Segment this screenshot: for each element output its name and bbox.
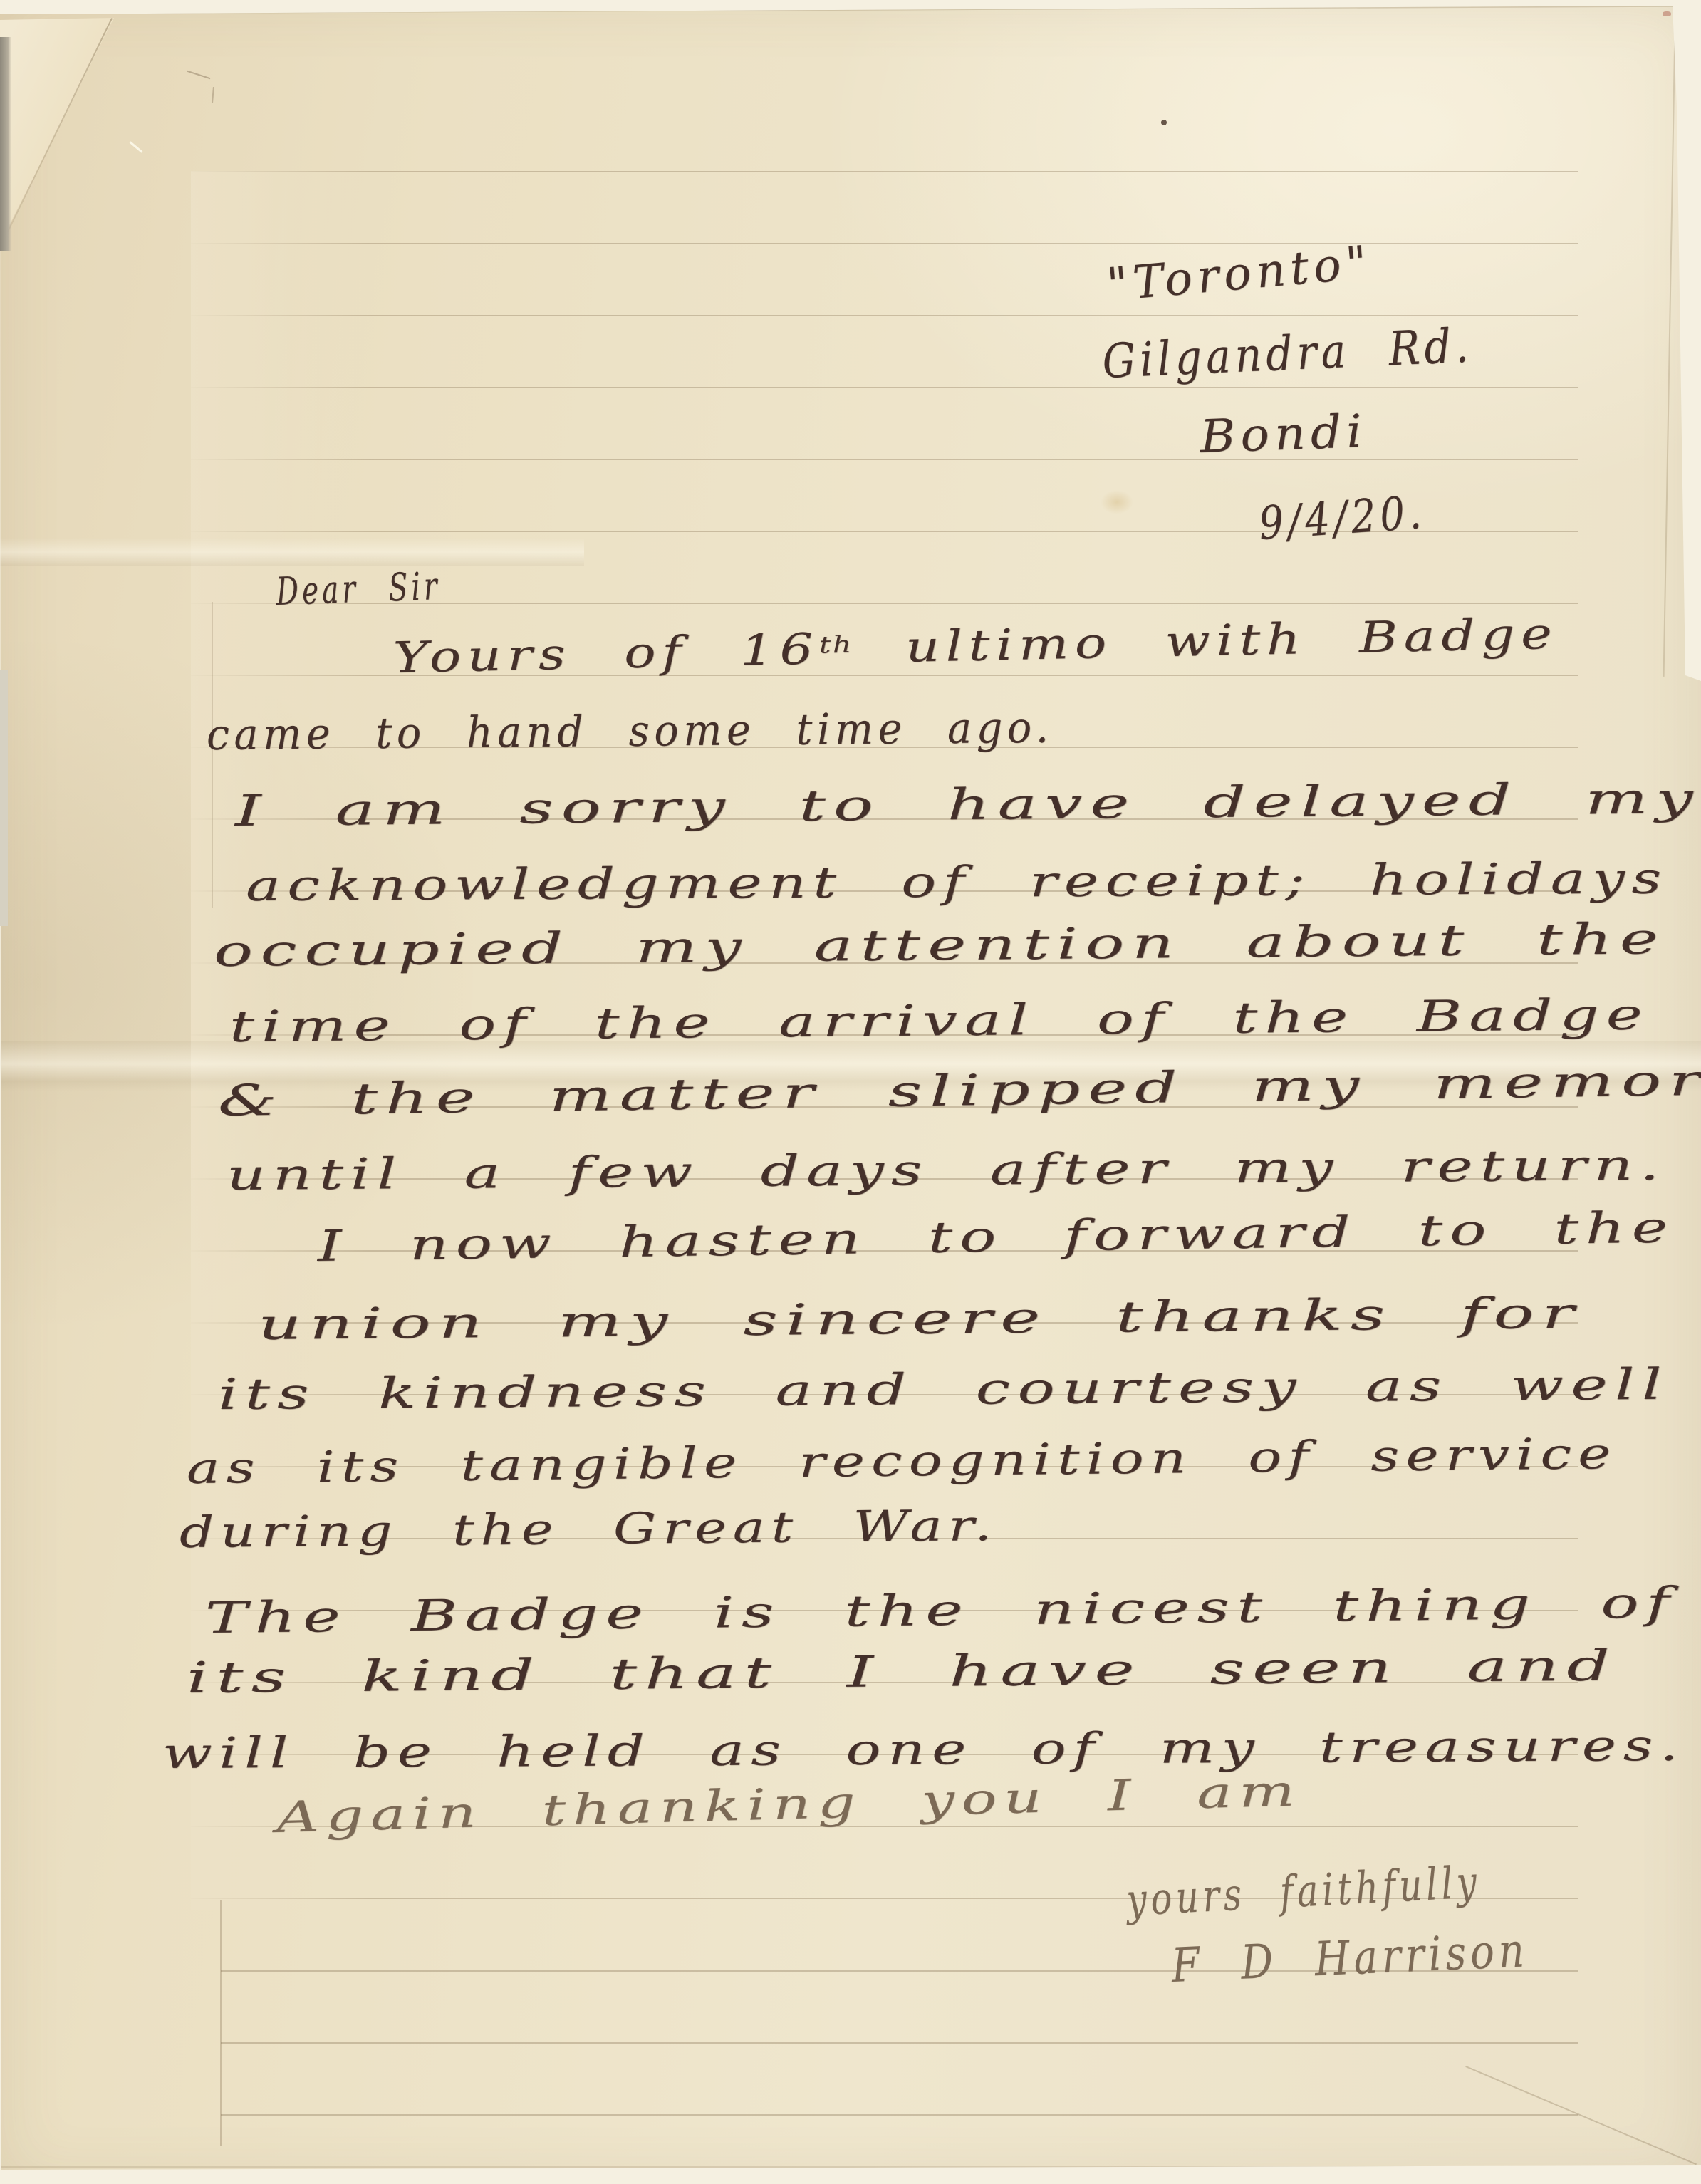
paper-edge-bottom [0, 2166, 1701, 2168]
body-line-13: during the Great War. [180, 1502, 998, 1558]
body-line-1-text: Yours of 16 [392, 624, 820, 683]
stain [1101, 490, 1133, 514]
scanned-letter: "Toronto" Gilgandra Rd. Bondi 9/4/20. De… [0, 0, 1701, 2184]
ruled-lines-bottom [221, 1970, 1578, 2116]
paper-edge-top [0, 6, 1675, 14]
fold-crease-upper [0, 538, 584, 566]
scratch-mark [187, 71, 211, 79]
heading-suburb: Bondi [1199, 406, 1368, 464]
body-line-8: until a few days after my return. [227, 1141, 1667, 1200]
ink-speck [1161, 120, 1167, 125]
tear-mark [130, 141, 143, 152]
body-line-16: will be held as one of my treasures. [162, 1722, 1685, 1779]
ordinal-suffix: th [819, 630, 853, 659]
scan-edge-artifact-dark [0, 37, 11, 251]
scan-edge-artifact-light [0, 670, 8, 926]
paper-edge-right [1663, 7, 1676, 677]
body-line-4: acknowledgment of receipt; holidays [246, 855, 1668, 911]
body-line-2: came to hand some time ago. [207, 704, 1054, 760]
letter-paper: "Toronto" Gilgandra Rd. Bondi 9/4/20. De… [0, 0, 1701, 2184]
salutation: Dear Sir [276, 564, 442, 614]
scratch-mark [212, 87, 214, 103]
dogear-fold-top-left [0, 0, 125, 251]
body-line-11: its kindness and courtesy as well [218, 1361, 1669, 1420]
corner-mark [1663, 11, 1671, 16]
margin-rule-lower [220, 1900, 222, 2146]
